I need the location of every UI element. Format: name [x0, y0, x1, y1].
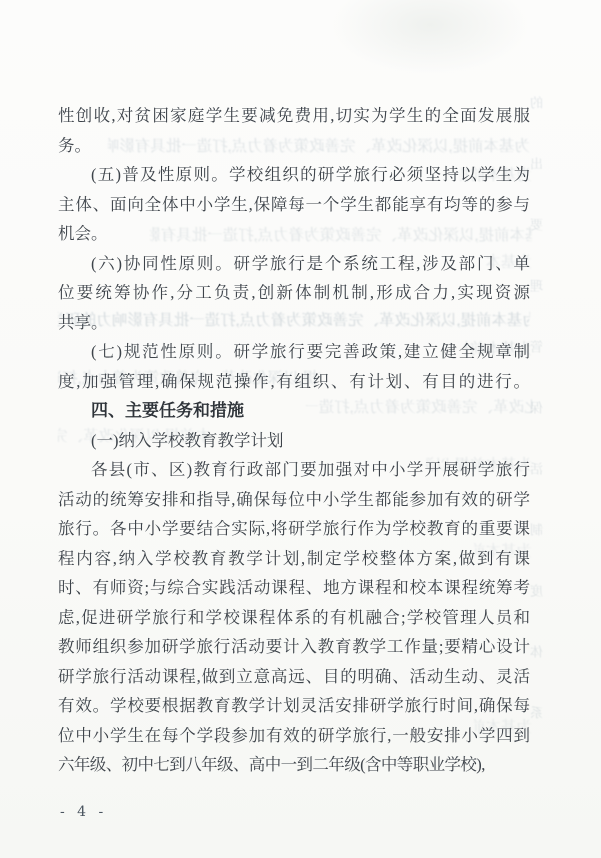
text-line: 程内容,纳入学校教育教学计划,制定学校整体方案,做到有课 — [58, 544, 530, 574]
text-line: 位中小学生在每个学段参加有效的研学旅行,一般安排小学四到 — [58, 721, 530, 751]
text-line: 务。 — [58, 131, 530, 161]
text-line: (六)协同性原则。研学旅行是个系统工程,涉及部门、单 — [58, 249, 530, 279]
section-heading: 四、主要任务和措施 — [58, 396, 530, 426]
text-line: 时、有师资;与综合实践活动课程、地方课程和校本课程统筹考 — [58, 573, 530, 603]
page-number: - 4 - — [60, 804, 107, 820]
text-line: 各县(市、区)教育行政部门要加强对中小学开展研学旅行 — [58, 455, 530, 485]
text-line: 机会。 — [58, 219, 530, 249]
text-line: 虑,促进研学旅行和学校课程体系的有机融合;学校管理人员和 — [58, 603, 530, 633]
text-line: 位要统筹协作,分工负责,创新体制机制,形成合力,实现资源 — [58, 278, 530, 308]
scanned-page: 为基本前提,以深化改革、完善政策为着力点,打造一批具有影响力的研学旅行精品线路,… — [0, 0, 601, 858]
text-line: 研学旅行活动课程,做到立意高远、目的明确、活动生动、灵活 — [58, 662, 530, 692]
text-line: 六年级、初中七到八年级、高中一到二年级(含中等职业学校), — [58, 750, 530, 780]
text-line: 教师组织参加研学旅行活动要计入教育教学工作量;要精心设计 — [58, 632, 530, 662]
text-line: 性创收,对贫困家庭学生要减免费用,切实为学生的全面发展服 — [58, 101, 530, 131]
bleedthrough-edge-artifact: 的出要理管保活制度体系行 — [528, 96, 544, 786]
text-line: 度,加强管理,确保规范操作,有组织、有计划、有目的进行。 — [58, 367, 530, 397]
text-line: 旅行。各中小学要结合实际,将研学旅行作为学校教育的重要课 — [58, 514, 530, 544]
text-line: (七)规范性原则。研学旅行要完善政策,建立健全规章制 — [58, 337, 530, 367]
text-line: 共享。 — [58, 308, 530, 338]
text-line: 主体、面向全体中小学生,保障每一个学生都能享有均等的参与 — [58, 190, 530, 220]
document-text: 性创收,对贫困家庭学生要减免费用,切实为学生的全面发展服务。(五)普及性原则。学… — [58, 101, 530, 780]
text-line: (一)纳入学校教育教学计划 — [58, 426, 530, 456]
text-line: 活动的统筹安排和指导,确保每位中小学生都能参加有效的研学 — [58, 485, 530, 515]
text-line: (五)普及性原则。学校组织的研学旅行必须坚持以学生为 — [58, 160, 530, 190]
text-line: 有效。学校要根据教育教学计划灵活安排研学旅行时间,确保每 — [58, 691, 530, 721]
